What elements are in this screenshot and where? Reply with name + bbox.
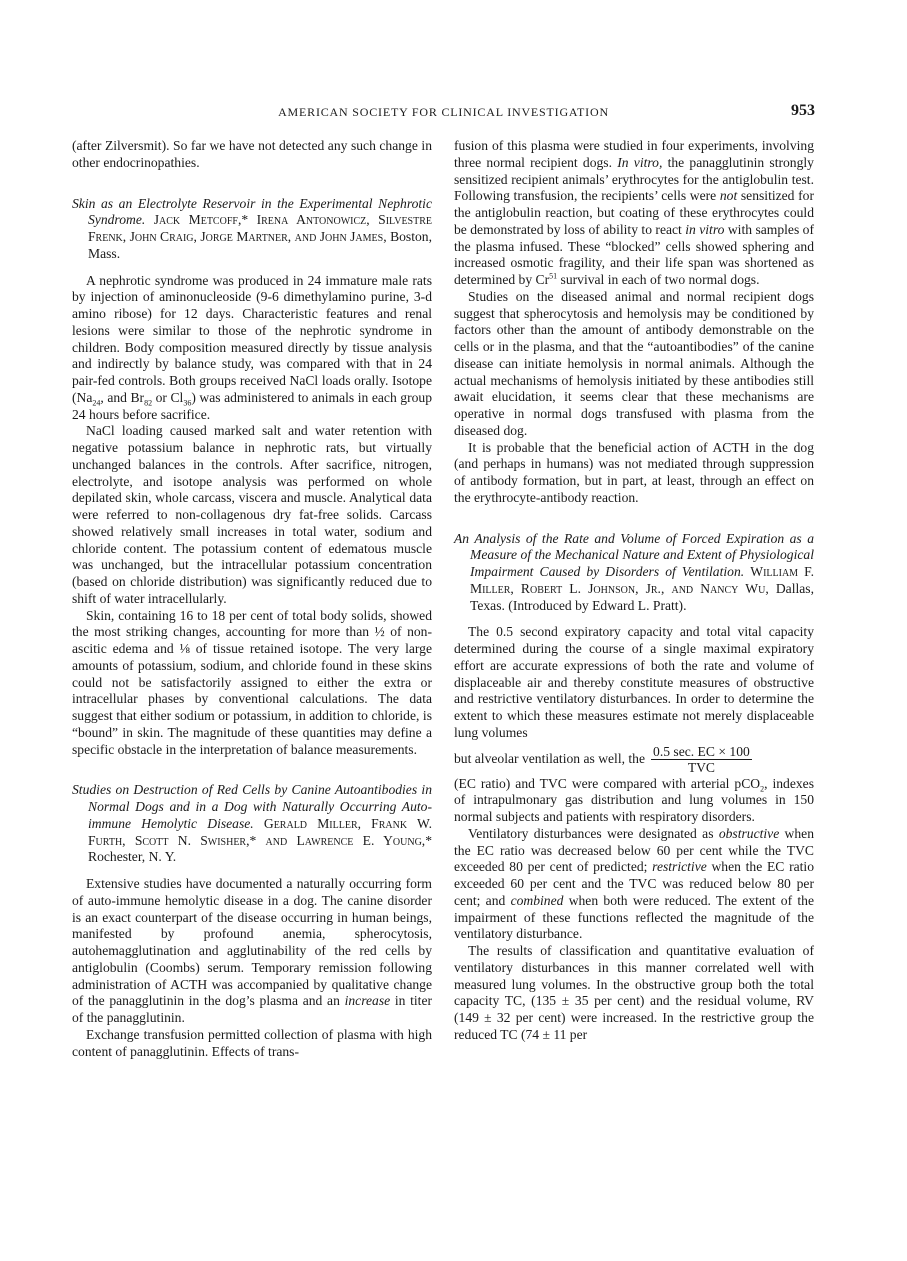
running-header: AMERICAN SOCIETY FOR CLINICAL INVESTIGAT… bbox=[72, 103, 815, 121]
page-number: 953 bbox=[791, 102, 815, 120]
journal-title: AMERICAN SOCIETY FOR CLINICAL INVESTIGAT… bbox=[72, 105, 815, 120]
body-paragraph: Exchange transfusion permitted collectio… bbox=[72, 1027, 432, 1061]
body-paragraph: Skin, containing 16 to 18 per cent of to… bbox=[72, 608, 432, 759]
body-paragraph: Studies on the diseased animal and norma… bbox=[454, 289, 814, 440]
body-paragraph: Extensive studies have documented a natu… bbox=[72, 876, 432, 1027]
body-paragraph: (EC ratio) and TVC were compared with ar… bbox=[454, 776, 814, 826]
body-paragraph: The results of classification and quanti… bbox=[454, 943, 814, 1044]
body-paragraph: NaCl loading caused marked salt and wate… bbox=[72, 423, 432, 607]
body-paragraph: fusion of this plasma were studied in fo… bbox=[454, 138, 814, 289]
ec-ratio-fraction: 0.5 sec. EC × 100TVC bbox=[651, 744, 752, 775]
abstract-heading-red-cells: Studies on Destruction of Red Cells by C… bbox=[72, 782, 432, 866]
continuation-paragraph: (after Zilversmit). So far we have not d… bbox=[72, 138, 432, 172]
body-paragraph: Ventilatory disturbances were designated… bbox=[454, 826, 814, 943]
abstract-heading-skin-electrolyte: Skin as an Electrolyte Reservoir in the … bbox=[72, 196, 432, 263]
formula-line: but alveolar ventilation as well, the0.5… bbox=[454, 742, 814, 776]
body-paragraph: The 0.5 second expiratory capacity and t… bbox=[454, 624, 814, 741]
body-paragraph: A nephrotic syndrome was produced in 24 … bbox=[72, 273, 432, 424]
body-paragraph: It is probable that the beneficial actio… bbox=[454, 440, 814, 507]
left-column: (after Zilversmit). So far we have not d… bbox=[72, 138, 432, 1060]
abstract-heading-forced-expiration: An Analysis of the Rate and Volume of Fo… bbox=[454, 531, 814, 615]
right-column: fusion of this plasma were studied in fo… bbox=[454, 138, 814, 1044]
abstract-location: Rochester, N. Y. bbox=[88, 849, 176, 864]
